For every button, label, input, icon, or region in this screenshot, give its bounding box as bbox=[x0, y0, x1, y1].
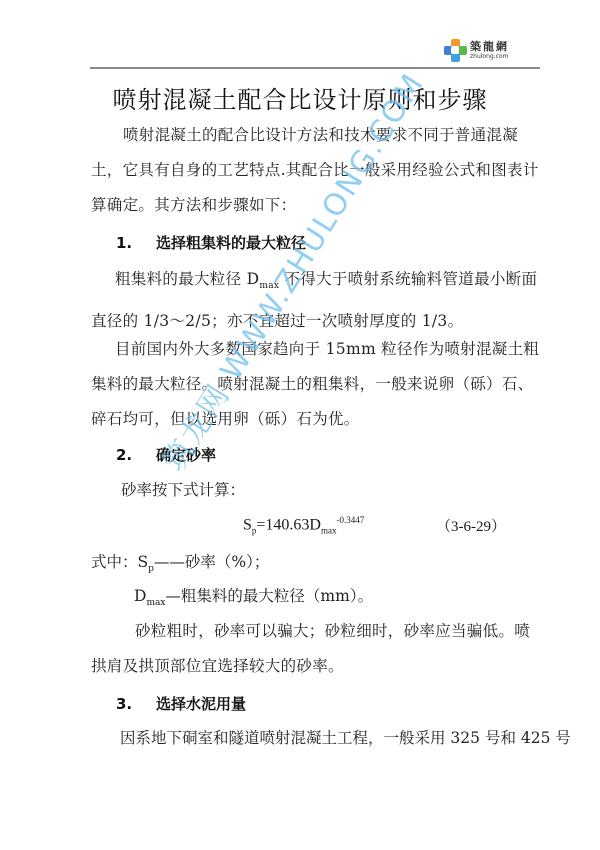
text-run: 式中：S bbox=[91, 553, 148, 571]
equation-number: （3-6-29） bbox=[436, 515, 506, 536]
text-run: ——砂率（%）； bbox=[154, 553, 269, 571]
exponent: -0.3447 bbox=[336, 515, 364, 525]
section-1-paragraph-1: 粗集料的最大粒径 Dmax 不得大于喷射系统输料管道最小断面直径的 1/3～2/… bbox=[91, 262, 543, 339]
zhulong-logo: 築龍網 zhulong.com bbox=[444, 36, 524, 64]
logo-text-cn: 築龍網 bbox=[470, 41, 509, 52]
logo-text-en: zhulong.com bbox=[470, 54, 509, 60]
subscript: max bbox=[321, 526, 337, 536]
document-title: 喷射混凝土配合比设计原则和步骤 bbox=[0, 80, 600, 115]
formula-lhs: S bbox=[243, 516, 252, 533]
section-1-paragraph-2: 目前国内外大多数国家趋向于 15mm 粒径作为喷射混凝土粗集料的最大粒径。喷射混… bbox=[91, 332, 543, 437]
text-run: 粗集料的最大粒径 D bbox=[115, 270, 259, 288]
section-title: 选择水泥用量 bbox=[156, 695, 246, 713]
formula-where-line: 式中：Sp——砂率（%）； bbox=[91, 550, 269, 574]
section-3-paragraph-1: 因系地下硐室和隧道喷射混凝土工程，一般采用 325 号和 425 号 bbox=[120, 726, 571, 748]
section-number: 3. bbox=[116, 695, 156, 713]
logo-mark-icon bbox=[444, 39, 466, 61]
section-3-heading: 3.选择水泥用量 bbox=[116, 693, 246, 714]
header-divider bbox=[90, 67, 540, 69]
formula-dmax-line: Dmax—粗集料的最大粒径（mm）。 bbox=[134, 584, 373, 608]
section-number: 1. bbox=[116, 234, 156, 252]
text-run: D bbox=[134, 587, 146, 605]
formula-rhs: =140.63D bbox=[256, 516, 321, 533]
sand-ratio-formula: Sp=140.63Dmax-0.3447 bbox=[243, 515, 364, 536]
subscript: max bbox=[146, 598, 165, 608]
section-2-paragraph-1: 砂率按下式计算： bbox=[121, 478, 245, 500]
section-2-paragraph-2: 砂粒粗时，砂率可以骗大；砂粒细时，砂率应当骗低。喷拱肩及拱顶部位宜选择较大的砂率… bbox=[91, 614, 543, 684]
text-run: —粗集料的最大粒径（mm）。 bbox=[165, 587, 373, 605]
